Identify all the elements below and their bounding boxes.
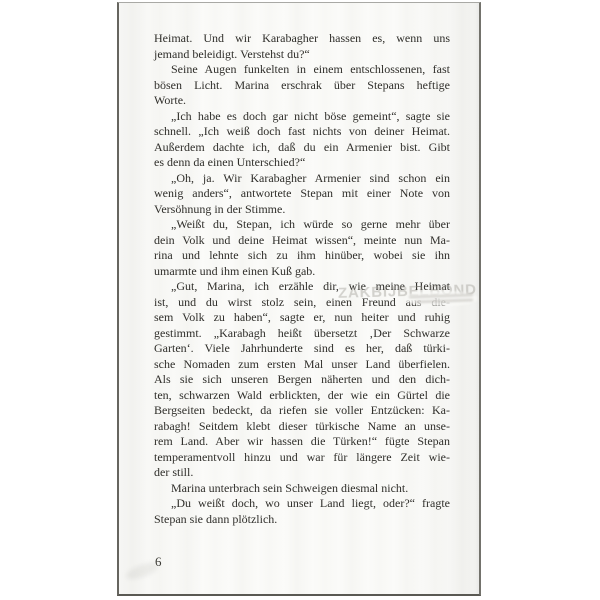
text-line: Garten‘. Viele Jahrhunderte sind es her,… — [154, 341, 450, 357]
text-line: „Weißt du, Stepan, ich würde so gerne me… — [154, 217, 450, 233]
text-line: Marina unterbrach sein Schweigen diesmal… — [154, 481, 450, 497]
text-line: Bergseiten bedeckt, da riefen sie voller… — [154, 403, 450, 419]
book-page: Heimat. Und wir Karabagher hassen es, we… — [117, 2, 481, 596]
text-line: bösen Licht. Marina erschrak über Stepan… — [154, 78, 450, 94]
text-line: „Oh, ja. Wir Karabagher Armenier sind sc… — [154, 171, 450, 187]
text-line: „Ich habe es doch gar nicht böse gemeint… — [154, 109, 450, 125]
text-line: sche Nomaden zum ersten Mal unser Land ü… — [154, 357, 450, 373]
text-line: Als sie sich unseren Bergen näherten und… — [154, 372, 450, 388]
text-line: sem Volk zu haben“, sagte er, nun heiter… — [154, 310, 450, 326]
text-line: Seine Augen funkelten in einem entschlos… — [154, 62, 450, 78]
text-line: jemand beleidigt. Verstehst du?“ — [154, 47, 450, 63]
text-line: der still. — [154, 465, 450, 481]
text-line: rabagh! Seitdem klebt dieser türkische N… — [154, 419, 450, 435]
text-line: „Gut, Marina, ich erzähle dir, wie meine… — [154, 279, 450, 295]
text-line: „Du weißt doch, wo unser Land liegt, ode… — [154, 496, 450, 512]
text-line: es denn da einen Unterschied?“ — [154, 155, 450, 171]
text-line: Versöhnung in der Stimme. — [154, 202, 450, 218]
text-line: ten, schwarzen Wald erblickten, der wie … — [154, 388, 450, 404]
body-text: Heimat. Und wir Karabagher hassen es, we… — [154, 31, 450, 527]
text-line: wenig anders“, antwortete Stepan mit ein… — [154, 186, 450, 202]
scan-background: Heimat. Und wir Karabagher hassen es, we… — [0, 0, 600, 600]
text-line: Außerdem dachte ich, daß du ein Armenier… — [154, 140, 450, 156]
text-line: umarmte und ihm einen Kuß gab. — [154, 264, 450, 280]
text-line: rem Land. Aber wir hassen die Türken!“ f… — [154, 434, 450, 450]
text-line: rina und lehnte sich zu ihm hinüber, wob… — [154, 248, 450, 264]
text-line: dein Volk und deine Heimat wissen“, mein… — [154, 233, 450, 249]
text-line: gestimmt. „Karabagh heißt übersetzt ‚Der… — [154, 326, 450, 342]
text-line: Heimat. Und wir Karabagher hassen es, we… — [154, 31, 450, 47]
text-line: Stepan sie dann plötzlich. — [154, 512, 450, 528]
text-line: schnell. „Ich weiß doch fast nichts von … — [154, 124, 450, 140]
corner-smudge — [124, 560, 160, 583]
text-line: Worte. — [154, 93, 450, 109]
watermark-smudge — [405, 291, 477, 306]
text-line: temperamentvoll hinzu und war für länger… — [154, 450, 450, 466]
